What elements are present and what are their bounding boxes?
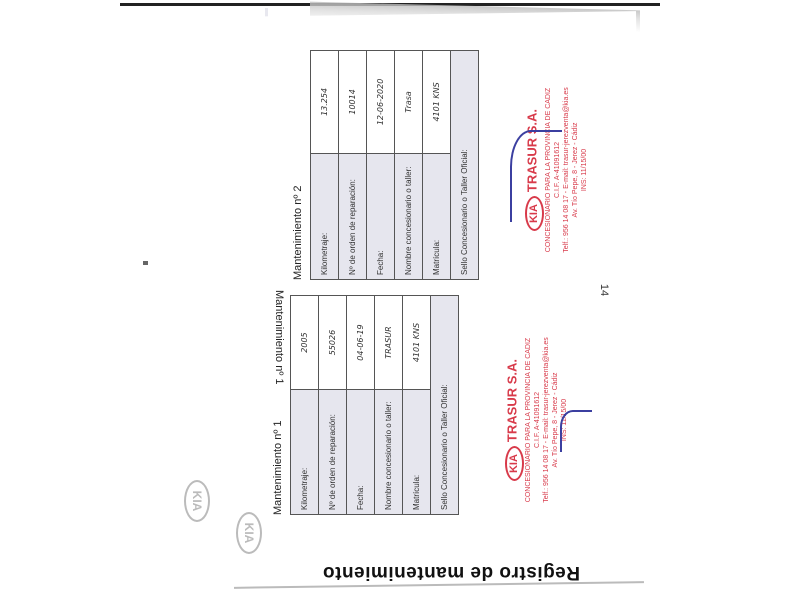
- field-value-kilometraje: 2005: [291, 296, 319, 390]
- stamp-line: Av. Tío Pepe, 8 - Jerez - Cádiz: [571, 70, 580, 270]
- table-row: Nº de orden de reparación:10014: [339, 51, 367, 280]
- table-row: Fecha:04-06-19: [347, 296, 375, 515]
- stamp-label: Sello Concesionario o Taller Oficial:: [431, 296, 459, 515]
- field-value-taller: Trasa: [395, 51, 423, 154]
- table-row: Sello Concesionario o Taller Oficial:: [451, 51, 479, 280]
- table-row: Fecha:12-06-2020: [367, 51, 395, 280]
- stamp-company: TRASUR S.A.: [504, 359, 519, 442]
- table-row: Matrícula:4101 KNS: [403, 296, 431, 515]
- stamp-line: Telf.: 956 14 08 17 - E-mail: trasur-jer…: [562, 70, 571, 270]
- kia-stamp-logo-icon: KIA: [505, 446, 524, 481]
- field-label: Nº de orden de reparación:: [319, 390, 347, 515]
- field-value-orden: 10014: [339, 51, 367, 154]
- form-1-area: Mantenimiento nº 1 Kilometraje:2005 Nº d…: [290, 300, 510, 520]
- field-label: Nombre concesionario o taller:: [375, 390, 403, 515]
- field-value-orden: 55026: [319, 296, 347, 390]
- page-number: 14: [598, 284, 610, 296]
- field-label: Kilometraje:: [311, 153, 339, 279]
- signature: [560, 410, 592, 452]
- stamp-line: Telf.: 956 14 08 17 - E-mail: trasur-jer…: [542, 320, 551, 520]
- field-value-fecha: 04-06-19: [347, 296, 375, 390]
- table-row: Nº de orden de reparación:55026: [319, 296, 347, 515]
- table-row: Sello Concesionario o Taller Oficial:: [431, 296, 459, 515]
- field-value-taller: TRASUR: [375, 296, 403, 390]
- field-value-matricula: 4101 KNS: [423, 51, 451, 154]
- stamp-line: Av. Tío Pepe, 8 - Jerez - Cádiz: [551, 320, 560, 520]
- table-row: Nombre concesionario o taller:TRASUR: [375, 296, 403, 515]
- table-row: Kilometraje:13.254: [311, 51, 339, 280]
- signature: [510, 130, 562, 222]
- form-2-table: Kilometraje:13.254 Nº de orden de repara…: [310, 50, 479, 280]
- form-2-area: Mantenimiento nº 2 Kilometraje:13.254 Nº…: [310, 50, 530, 280]
- dealer-stamp-2: KIATRASUR S.A. CONCESIONARIO PARA LA PRO…: [525, 70, 625, 270]
- form-heading: Mantenimiento nº 1: [273, 290, 285, 385]
- stamp-label: Sello Concesionario o Taller Oficial:: [451, 51, 479, 280]
- table-row: Matrícula:4101 KNS: [423, 51, 451, 280]
- field-label: Matrícula:: [423, 153, 451, 279]
- field-value-matricula: 4101 KNS: [403, 296, 431, 390]
- field-label: Nº de orden de reparación:: [339, 153, 367, 279]
- kia-logo-icon: KIA: [236, 512, 262, 554]
- field-value-fecha: 12-06-2020: [367, 51, 395, 154]
- document-title: Registro de mantenimiento: [323, 561, 580, 583]
- field-label: Nombre concesionario o taller:: [395, 153, 423, 279]
- stamp-line: INS: 11/15/00: [580, 70, 589, 270]
- scan-speck: [143, 261, 148, 265]
- stamp-line: C.I.F. A-41091612: [533, 320, 542, 520]
- form-1-heading: Mantenimiento nº 1: [272, 420, 284, 515]
- form-1-table: Kilometraje:2005 Nº de orden de reparaci…: [290, 295, 459, 515]
- table-row: Kilometraje:2005: [291, 296, 319, 515]
- kia-logo-icon: KIA: [184, 480, 210, 522]
- dealer-stamp-1: KIATRASUR S.A. CONCESIONARIO PARA LA PRO…: [505, 320, 605, 520]
- field-value-kilometraje: 13.254: [311, 51, 339, 154]
- table-row: Nombre concesionario o taller:Trasa: [395, 51, 423, 280]
- field-label: Fecha:: [347, 390, 375, 515]
- stamp-line: CONCESIONARIO PARA LA PROVINCIA DE CADIZ: [524, 320, 533, 520]
- form-2-heading: Mantenimiento nº 2: [292, 185, 304, 280]
- field-label: Matrícula:: [403, 390, 431, 515]
- field-label: Kilometraje:: [291, 390, 319, 515]
- field-label: Fecha:: [367, 153, 395, 279]
